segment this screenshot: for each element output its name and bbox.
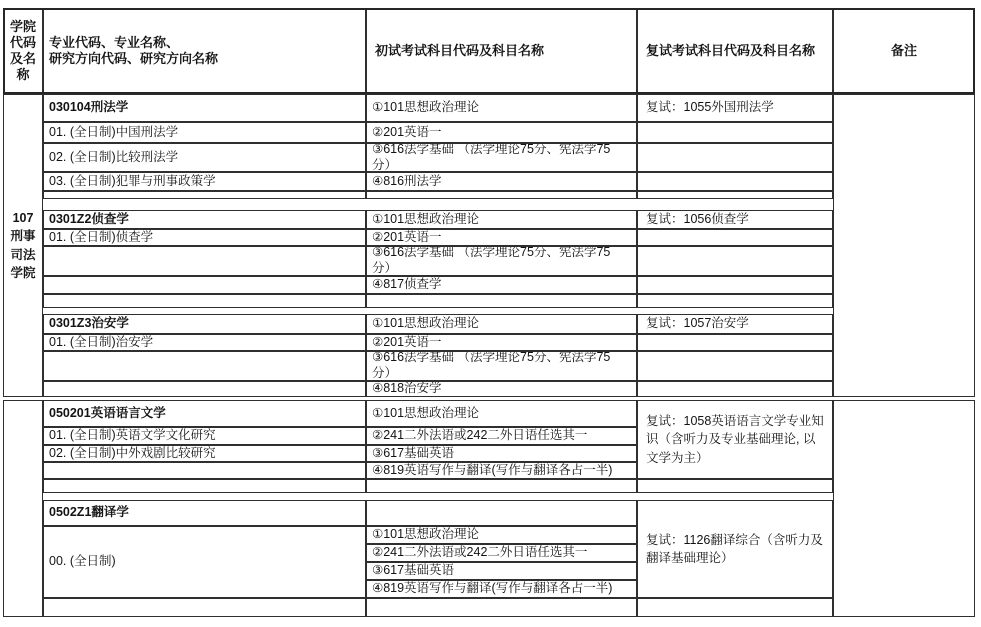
section1-title-cell: 030104刑法学 — [43, 94, 366, 122]
section3-direction1-cell: 01. (全日制)治安学 — [43, 334, 366, 351]
admissions-table-page: 学院代码及名称 专业代码、专业名称、 研究方向代码、研究方向名称 初试考试科目代… — [0, 0, 981, 627]
section3-exam4-cell: ④818治安学 — [366, 381, 637, 397]
empty-cell — [43, 276, 366, 294]
section1-retest-cell: 复试：1055外国刑法学 — [637, 94, 833, 122]
section3-retest-cell: 复试：1057治安学 — [637, 314, 833, 334]
empty-cell — [43, 191, 366, 199]
section5-exam3-cell: ③617基础英语 — [366, 562, 637, 580]
section5-exam1-cell: ①101思想政治理论 — [366, 526, 637, 544]
empty-cell — [43, 598, 366, 617]
section4-title-cell: 050201英语语言文学 — [43, 400, 366, 427]
empty-cell — [43, 462, 366, 479]
empty-cell — [637, 334, 833, 351]
section1-exam2-cell: ②201英语一 — [366, 122, 637, 143]
header-initial-exam: 初试考试科目代码及科目名称 — [366, 8, 637, 94]
empty-cell — [637, 246, 833, 276]
section1-direction3-cell: 03. (全日制)犯罪与刑事政策学 — [43, 172, 366, 191]
section2-exam4-cell: ④817侦查学 — [366, 276, 637, 294]
empty-cell — [637, 191, 833, 199]
header-retest-exam: 复试考试科目代码及科目名称 — [637, 8, 833, 94]
empty-cell — [43, 381, 366, 397]
empty-cell — [637, 122, 833, 143]
section5-retest-cell: 复试：1126翻译综合（含听力及翻译基础理论） — [637, 500, 833, 598]
college-107-cell: 107 刑事司法学院 — [3, 94, 43, 397]
header-major: 专业代码、专业名称、 研究方向代码、研究方向名称 — [43, 8, 366, 94]
empty-cell — [366, 479, 637, 493]
empty-cell — [366, 598, 637, 617]
remarks-cell-bottom — [833, 400, 975, 617]
section3-exam3-cell: ③616法学基础 （法学理论75分、宪法学75分） — [366, 351, 637, 381]
section1-exam3-cell: ③616法学基础 （法学理论75分、宪法学75分） — [366, 143, 637, 172]
section1-exam1-cell: ①101思想政治理论 — [366, 94, 637, 122]
section2-direction1-cell: 01. (全日制)侦查学 — [43, 229, 366, 246]
section5-exam2-cell: ②241二外法语或242二外日语任选其一 — [366, 544, 637, 562]
section5-title-cell: 0502Z1翻译学 — [43, 500, 366, 526]
section1-exam4-cell: ④816刑法学 — [366, 172, 637, 191]
section3-exam1-cell: ①101思想政治理论 — [366, 314, 637, 334]
empty-cell — [637, 229, 833, 246]
empty-cell — [43, 479, 366, 493]
empty-cell — [637, 172, 833, 191]
section4-direction2-cell: 02. (全日制)中外戏剧比较研究 — [43, 445, 366, 462]
section4-exam2-cell: ②241二外法语或242二外日语任选其一 — [366, 427, 637, 445]
section4-exam1-cell: ①101思想政治理论 — [366, 400, 637, 427]
section5-direction1-cell: 00. (全日制) — [43, 526, 366, 598]
section2-exam1-cell: ①101思想政治理论 — [366, 210, 637, 229]
empty-cell — [366, 294, 637, 308]
empty-cell — [637, 351, 833, 381]
section3-title-cell: 0301Z3治安学 — [43, 314, 366, 334]
remarks-cell-top — [833, 94, 975, 397]
section4-direction1-cell: 01. (全日制)英语文学文化研究 — [43, 427, 366, 445]
section2-exam3-cell: ③616法学基础 （法学理论75分、宪法学75分） — [366, 246, 637, 276]
empty-cell — [43, 351, 366, 381]
empty-cell — [43, 294, 366, 308]
empty-cell — [637, 381, 833, 397]
college-cell-bottom — [3, 400, 43, 617]
section1-direction1-cell: 01. (全日制)中国刑法学 — [43, 122, 366, 143]
empty-cell — [43, 246, 366, 276]
section4-exam3-cell: ③617基础英语 — [366, 445, 637, 462]
section4-retest-cell: 复试：1058英语语言文学专业知识（含听力及专业基础理论, 以文学为主） — [637, 400, 833, 479]
empty-cell — [637, 598, 833, 617]
empty-cell — [637, 276, 833, 294]
header-remarks: 备注 — [833, 8, 975, 94]
header-college-code: 学院代码及名称 — [3, 8, 43, 94]
empty-cell — [637, 294, 833, 308]
empty-cell — [366, 500, 637, 526]
section5-exam4-cell: ④819英语写作与翻译(写作与翻译各占一半) — [366, 580, 637, 598]
section1-direction2-cell: 02. (全日制)比较刑法学 — [43, 143, 366, 172]
section2-exam2-cell: ②201英语一 — [366, 229, 637, 246]
section2-retest-cell: 复试：1056侦查学 — [637, 210, 833, 229]
empty-cell — [637, 143, 833, 172]
empty-cell — [637, 479, 833, 493]
empty-cell — [366, 191, 637, 199]
section4-exam4-cell: ④819英语写作与翻译(写作与翻译各占一半) — [366, 462, 637, 479]
section2-title-cell: 0301Z2侦查学 — [43, 210, 366, 229]
section3-exam2-cell: ②201英语一 — [366, 334, 637, 351]
